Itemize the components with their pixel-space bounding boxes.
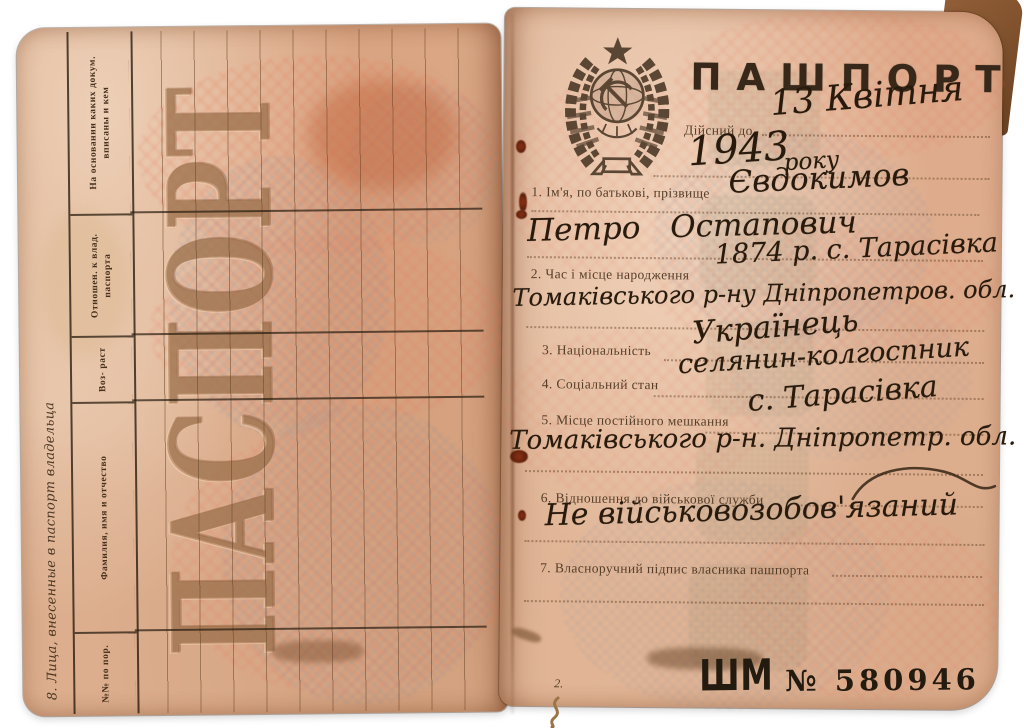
column-header-relation: Отношен. к влад. паспорта <box>70 213 133 336</box>
field-5-value: с. Тарасівка <box>746 369 939 419</box>
stitch-rust-spot <box>516 210 527 219</box>
binding-thread <box>540 696 580 728</box>
dotted-rule <box>524 540 984 546</box>
stain <box>511 626 543 645</box>
column-header-documents: На основании каких докум. вписаны и кем <box>68 31 132 214</box>
field-1-value: Євдокимов <box>728 157 910 201</box>
passport-series: ШМ <box>699 651 774 702</box>
stitch-rust-spot <box>516 140 526 153</box>
column-header-age: Воз- раст <box>72 335 135 402</box>
people-table: 8. Лица, внесенные в паспорт владельца П… <box>16 23 507 716</box>
field-1-label: 1. Ім'я, по батькові, прізвище <box>531 184 710 202</box>
stitch-rust-spot <box>519 192 527 212</box>
ussr-emblem-icon <box>550 32 685 185</box>
passport-number: № 580946 <box>785 662 980 698</box>
dotted-rule <box>524 600 984 606</box>
passport-scan: 8. Лица, внесенные в паспорт владельца П… <box>0 0 1024 728</box>
spine-crease <box>511 14 514 714</box>
field-3-label: 3. Національність <box>542 342 651 359</box>
page-number: 2. <box>554 676 563 691</box>
stitch-rust-spot <box>518 510 526 521</box>
column-header-number: №№ по пор. <box>75 631 138 714</box>
dotted-rule <box>832 575 982 578</box>
dotted-rule <box>762 134 990 138</box>
left-page: 8. Лица, внесенные в паспорт владельца П… <box>16 23 507 716</box>
table-body-rules <box>128 28 493 714</box>
column-header-name: Фамилия, имя и отчество <box>72 401 136 632</box>
field-5-value-2: Томаківського р-н. Дніпропетр. обл. <box>509 421 1016 455</box>
field-7-label: 7. Власноручний підпис власника пашпорта <box>540 560 809 578</box>
table-caption: 8. Лица, внесенные в паспорт владельца <box>42 360 61 700</box>
right-page: ПАШПОРТ Дійсний до 13 Квітня 1943 року 1… <box>499 8 1003 710</box>
stitch-rust-spot <box>510 450 528 463</box>
field-4-label: 4. Соціальний стан <box>542 376 659 393</box>
